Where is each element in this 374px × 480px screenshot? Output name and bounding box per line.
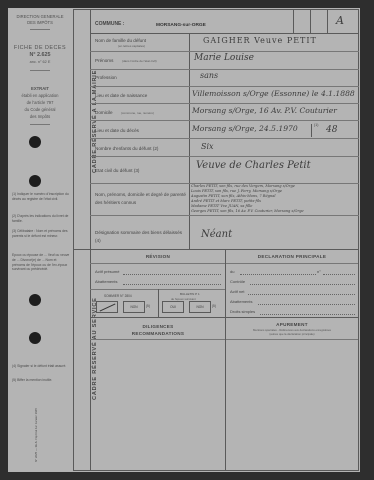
field-label-domicile: Domicile	[95, 110, 113, 115]
corner-mark: A	[336, 14, 344, 27]
death-record-form: DIRECTION GENERALE DES IMPÔTS FICHE DE D…	[8, 8, 360, 472]
field-label-assets: Désignation sommaire des biens délaissés…	[95, 229, 187, 244]
direction-header-2: DES IMPÔTS	[8, 20, 72, 26]
field-value-profession[interactable]: sans	[200, 71, 218, 80]
note-4: (4) Signaler si le défunt était assuré.	[12, 364, 70, 369]
extract-line-2: établi en application	[8, 93, 72, 99]
field-label-death: Lieu et date du décès	[95, 128, 139, 133]
field-sublabel-surname: (en lettres capitales)	[118, 44, 145, 48]
field-value-children[interactable]: Six	[201, 142, 214, 151]
declaration-row-du: du	[230, 269, 234, 274]
apurement-area[interactable]	[227, 340, 358, 470]
field-value-heirs[interactable]: Charles PETIT, son fils, rue des Vergers…	[191, 184, 357, 214]
extract-line-3: de l'article 797	[8, 100, 72, 106]
apurement-subtitle-2: (autres que la déclaration principale)	[226, 332, 358, 336]
sommier-label: SOMMIER N° 2804	[104, 294, 132, 298]
note-3b: Epoux ou épouse de ... Veuf ou veuve de …	[12, 253, 70, 272]
revision-title: RÉVISION	[91, 254, 225, 259]
diligences-title-2: RECOMMANDATIONS	[91, 331, 225, 336]
note-3: (3) Célibataire : Nom et prénoms des par…	[12, 229, 70, 239]
register-number[interactable]: 48	[326, 125, 337, 135]
punch-hole	[29, 294, 41, 306]
note-2: (2) D'après les indications du livret de…	[12, 214, 70, 224]
field-label-profession: Profession	[95, 75, 117, 80]
extract-line-1: EXTRAIT	[8, 86, 72, 92]
field-value-domicile[interactable]: Morsang s/Orge, 16 Av. P.V. Couturier	[192, 106, 337, 115]
field-label-surname: Nom de famille du défunt	[95, 38, 146, 43]
left-info-panel: DIRECTION GENERALE DES IMPÔTS FICHE DE D…	[8, 8, 72, 472]
bulletin-note: (5)	[212, 304, 216, 308]
declaration-row-droits: Droits simples	[230, 309, 255, 314]
commune-value: MORSANG-sur-ORGE	[156, 23, 206, 28]
extract-line-5: des Impôts	[8, 114, 72, 120]
diligences-title-1: DILIGENCES	[91, 324, 225, 329]
bulletin-label: BULLETIN P 1	[180, 292, 200, 296]
sommier-non-box[interactable]: NON	[123, 301, 145, 313]
print-footer: N° 2625 — 3E.A. Imprimé 1er Janvier 1965	[34, 400, 38, 470]
punch-hole	[29, 136, 41, 148]
field-value-birth[interactable]: Villemoisson s/Orge (Essonne) le 4.1.188…	[192, 89, 355, 98]
form-sub-number: anc. n° 62 E	[8, 60, 72, 66]
sommier-note: (5)	[146, 304, 150, 308]
field-label-birth: Lieu et date de naissance	[95, 93, 147, 98]
note-5: (5) Biffer la mention inutile.	[12, 378, 70, 383]
punch-hole	[29, 332, 41, 344]
field-value-surname[interactable]: GAIGHER Veuve PETIT	[203, 36, 317, 45]
bulletin-oui-box[interactable]: OUI	[162, 301, 184, 313]
revision-row-abattements: Abattements	[95, 279, 117, 284]
direction-header-1: DIRECTION GENERALE	[8, 14, 72, 20]
declaration-row-actif-net: Actif net	[230, 289, 244, 294]
strike-mark	[100, 303, 116, 311]
punch-hole	[29, 175, 41, 187]
commune-label: COMMUNE :	[95, 21, 124, 27]
field-label-heirs: Nom, prénoms, domicile et degré de paren…	[95, 191, 187, 206]
field-value-death[interactable]: Morsang s/Orge, 24.5.1970	[192, 124, 298, 133]
bulletin-non-box[interactable]: NON	[189, 301, 211, 313]
declaration-row-abattements: Abattements	[230, 299, 252, 304]
heir-line: Georges PETIT, son fils, 16 Av. P.V. Cou…	[191, 209, 357, 214]
declaration-n-label: n°	[317, 269, 321, 274]
field-value-civil-status[interactable]: Veuve de Charles Petit	[196, 160, 311, 171]
field-label-children: Nombre d'enfants du défunt (2)	[95, 146, 158, 151]
field-value-assets[interactable]: Néant	[201, 229, 232, 240]
diligences-area[interactable]	[91, 340, 225, 470]
declaration-title: DECLARATION PRINCIPALE	[226, 254, 358, 259]
form-number: N° 2.625	[8, 53, 72, 59]
extract-line-4: du Code général	[8, 107, 72, 113]
field-value-firstnames[interactable]: Marie Louise	[194, 53, 254, 63]
field-label-firstnames: Prénoms	[95, 58, 113, 63]
note-1: (1) Indiquer le numéro d'inscription du …	[12, 192, 70, 202]
field-sublabel-firstnames: (dans l'ordre de l'état civil)	[122, 59, 157, 63]
field-label-civil-status: Etat civil du défunt (3)	[95, 168, 139, 173]
form-title: FICHE DE DECES	[8, 46, 72, 52]
sommier-oui-box[interactable]	[96, 301, 118, 313]
register-note: (1)	[314, 123, 318, 127]
revision-row-actif: Actif présumé	[95, 269, 119, 274]
field-sublabel-domicile: (commune, rue, numéro)	[121, 111, 154, 115]
declaration-row-controle: Contrôle	[230, 279, 245, 284]
apurement-title: APUREMENT	[226, 322, 358, 327]
